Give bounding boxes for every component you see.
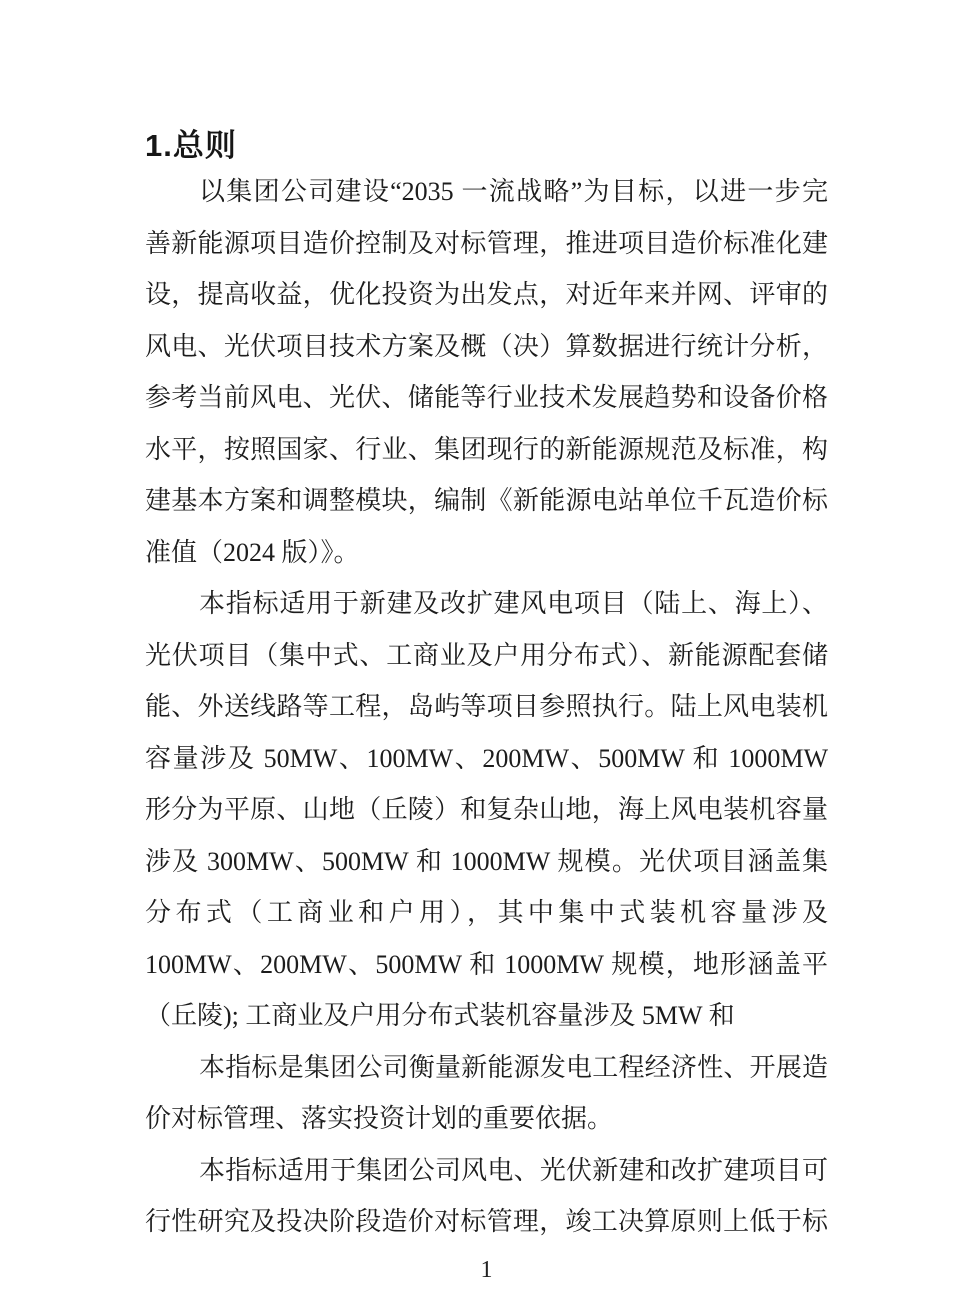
- paragraph-1: 以集团公司建设“2035 一流战略”为目标，以进一步完 善新能源项目造价控制及对…: [145, 166, 828, 578]
- paragraph-line: 本指标适用于集团公司风电、光伏新建和改扩建项目可: [145, 1145, 828, 1197]
- paragraph-line: 以集团公司建设“2035 一流战略”为目标，以进一步完: [145, 166, 828, 218]
- paragraph-line: 光伏项目（集中式、工商业及户用分布式）、新能源配套储: [145, 630, 828, 682]
- section-heading: 1.总则: [145, 126, 828, 166]
- paragraph-2: 本指标适用于新建及改扩建风电项目（陆上、海上）、 光伏项目（集中式、工商业及户用…: [145, 578, 828, 1042]
- paragraph-line: 建基本方案和调整模块，编制《新能源电站单位千瓦造价标: [145, 475, 828, 527]
- paragraph-line: 价对标管理、落实投资计划的重要依据。: [145, 1093, 828, 1145]
- paragraph-line: 准值（2024 版）》。: [145, 527, 828, 579]
- paragraph-line: 100MW、200MW、500MW 和 1000MW 规模，地形涵盖平原和山地: [145, 939, 828, 991]
- paragraph-line: 参考当前风电、光伏、储能等行业技术发展趋势和设备价格: [145, 372, 828, 424]
- paragraph-3: 本指标是集团公司衡量新能源发电工程经济性、开展造 价对标管理、落实投资计划的重要…: [145, 1042, 828, 1145]
- paragraph-line: 风电、光伏项目技术方案及概（决）算数据进行统计分析，: [145, 321, 828, 373]
- paragraph-line: 本指标适用于新建及改扩建风电项目（陆上、海上）、: [145, 578, 828, 630]
- paragraph-line: 涉及 300MW、500MW 和 1000MW 规模。光伏项目涵盖集中式和: [145, 836, 828, 888]
- paragraph-line: 善新能源项目造价控制及对标管理，推进项目造价标准化建: [145, 218, 828, 270]
- paragraph-line: 容量涉及 50MW、100MW、200MW、500MW 和 1000MW 规模，…: [145, 733, 828, 785]
- paragraph-line: 形分为平原、山地（丘陵）和复杂山地，海上风电装机容量: [145, 784, 828, 836]
- paragraph-line: 水平，按照国家、行业、集团现行的新能源规范及标准，构: [145, 424, 828, 476]
- paragraph-line: 本指标是集团公司衡量新能源发电工程经济性、开展造: [145, 1042, 828, 1094]
- paragraph-4: 本指标适用于集团公司风电、光伏新建和改扩建项目可 行性研究及投决阶段造价对标管理…: [145, 1145, 828, 1248]
- document-body: 1.总则 以集团公司建设“2035 一流战略”为目标，以进一步完 善新能源项目造…: [145, 126, 828, 1248]
- paragraph-line: 行性研究及投决阶段造价对标管理，竣工决算原则上低于标: [145, 1196, 828, 1248]
- document-page: 1.总则 以集团公司建设“2035 一流战略”为目标，以进一步完 善新能源项目造…: [0, 0, 970, 1305]
- paragraph-line: 设，提高收益，优化投资为出发点，对近年来并网、评审的: [145, 269, 828, 321]
- paragraph-line: （丘陵); 工商业及户用分布式装机容量涉及 5MW 和 100MWp。: [145, 990, 828, 1042]
- page-number: 1: [145, 1254, 828, 1286]
- paragraph-line: 分布式（工商业和户用），其中集中式装机容量涉及 50MW、: [145, 887, 828, 939]
- paragraph-line: 能、外送线路等工程，岛屿等项目参照执行。陆上风电装机: [145, 681, 828, 733]
